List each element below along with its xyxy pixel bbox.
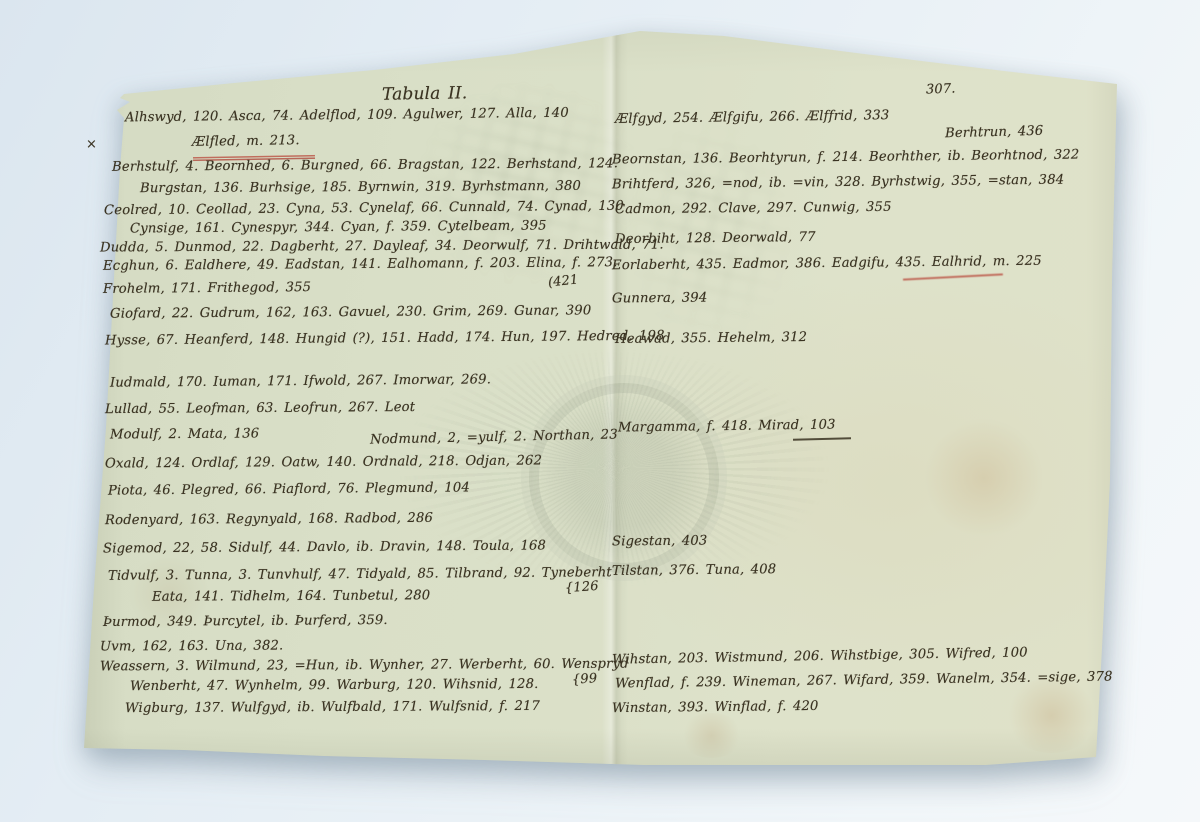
index-line: Heawad, 355. Hehelm, 312 [615, 330, 807, 347]
underlined-entry: Ælfled, m. 213. [192, 133, 300, 150]
index-line: Margamma, f. 418. Mirad, 103 [618, 417, 836, 435]
index-line: Sigestan, 403 [612, 534, 708, 550]
index-line: Eata, 141. Tidhelm, 164. Tunbetul, 280 [152, 588, 430, 604]
margin-cross-mark: × [86, 137, 97, 152]
index-line: Burgstan, 136. Burhsige, 185. Byrnwin, 3… [140, 179, 581, 196]
margin-note-99: {99 [572, 671, 598, 688]
index-line: Dudda, 5. Dunmod, 22. Dagberht, 27. Dayl… [100, 238, 664, 256]
index-line: Wigburg, 137. Wulfgyd, ib. Wulfbald, 171… [125, 699, 540, 716]
index-line: Berhtrun, 436 [945, 124, 1044, 142]
index-line: Gunnera, 394 [612, 291, 707, 307]
corner-number: 307. [926, 81, 956, 97]
index-line: Cynsige, 161. Cynespyr, 344. Cyan, f. 35… [130, 219, 547, 237]
index-line: Modulf, 2. Mata, 136 [110, 426, 259, 442]
index-line: Tilstan, 376. Tuna, 408 [612, 562, 776, 579]
index-line: Rodenyard, 163. Regynyald, 168. Radbod, … [105, 511, 433, 528]
index-line: Frohelm, 171. Frithegod, 355 [103, 280, 311, 297]
index-line: Piota, 46. Plegred, 66. Piaflord, 76. Pl… [108, 480, 470, 498]
index-line: Deorbiht, 128. Deorwald, 77 [615, 230, 816, 247]
page-title: Tabula II. [382, 83, 468, 104]
index-line: Winstan, 393. Winflad, f. 420 [612, 699, 819, 716]
foxing-stain [1004, 678, 1099, 753]
index-line: Wenberht, 47. Wynhelm, 99. Warburg, 120.… [130, 677, 539, 694]
index-line: Sigemod, 22, 58. Sidulf, 44. Davlo, ib. … [103, 538, 546, 556]
index-line: Þurmod, 349. Þurcytel, ib. Þurferd, 359. [103, 613, 388, 630]
index-line: Uvm, 162, 163. Una, 382. [100, 639, 283, 655]
index-line: Weassern, 3. Wilmund, 23, =Hun, ib. Wynh… [100, 657, 629, 675]
margin-note-421: (421 [547, 272, 579, 290]
margin-note-126: {126 [565, 579, 600, 596]
foxing-stain [679, 713, 744, 758]
foxing-stain [924, 418, 1044, 538]
index-line: Cadmon, 292. Clave, 297. Cunwig, 355 [615, 200, 892, 217]
index-line: Lullad, 55. Leofman, 63. Leofrun, 267. L… [105, 400, 415, 417]
index-line: Oxald, 124. Ordlaf, 129. Oatw, 140. Ordn… [105, 453, 542, 471]
manuscript-photo: Tabula II. Alhswyd, 120. Asca, 74. Adelf… [0, 0, 1200, 822]
